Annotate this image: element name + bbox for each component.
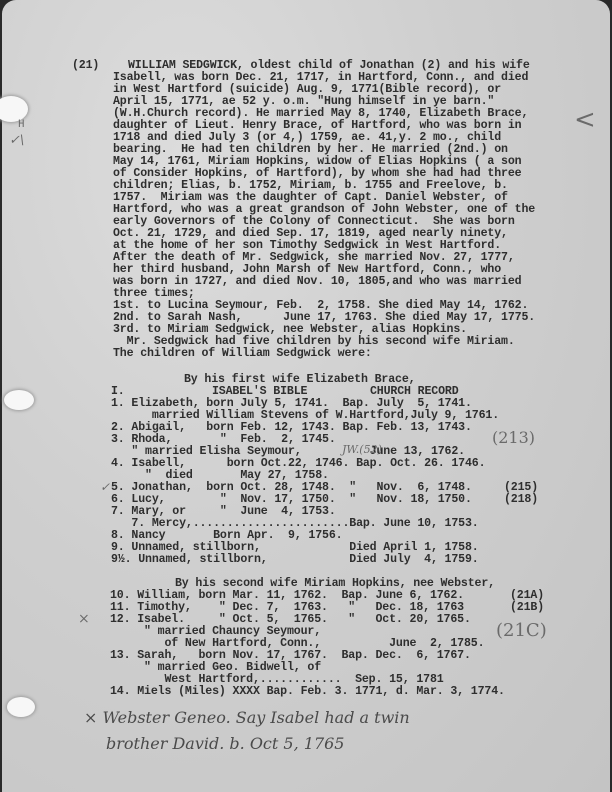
hole-punch-middle <box>4 390 34 410</box>
document-page: H ✓\ < (21) WILLIAM SEDGWICK, oldest chi… <box>2 0 610 792</box>
child-line: 14. Miels (Miles) XXXX Bap. Feb. 3. 1771… <box>110 686 505 698</box>
handwritten-footer-line-1: × Webster Geneo. Say Isabel had a twin <box>84 708 410 727</box>
margin-check-mark: ✓\ <box>9 133 24 148</box>
jonathan-check-mark: ✓ <box>100 480 110 494</box>
ref-lucy: (218) <box>504 494 538 506</box>
paragraph-line: The children of William Sedgwick were: <box>113 348 372 360</box>
child-line: 9½. Unnamed, stillborn, Died July 4, 175… <box>111 554 479 566</box>
margin-mark-h: H <box>18 119 25 131</box>
ref-timothy: (21B) <box>510 602 544 614</box>
handwritten-footer-line-2: brother David. b. Oct 5, 1765 <box>106 734 344 753</box>
hole-punch-bottom <box>7 697 35 717</box>
rhoda-jw-note: JW.(52) <box>342 443 382 456</box>
entry-number: (21) <box>72 60 99 72</box>
isabel-ref-note: (21C) <box>496 620 547 641</box>
right-margin-check: < <box>574 105 596 135</box>
rhoda-ref-note: (213) <box>492 428 535 447</box>
isabel-x-mark: × <box>78 611 90 627</box>
